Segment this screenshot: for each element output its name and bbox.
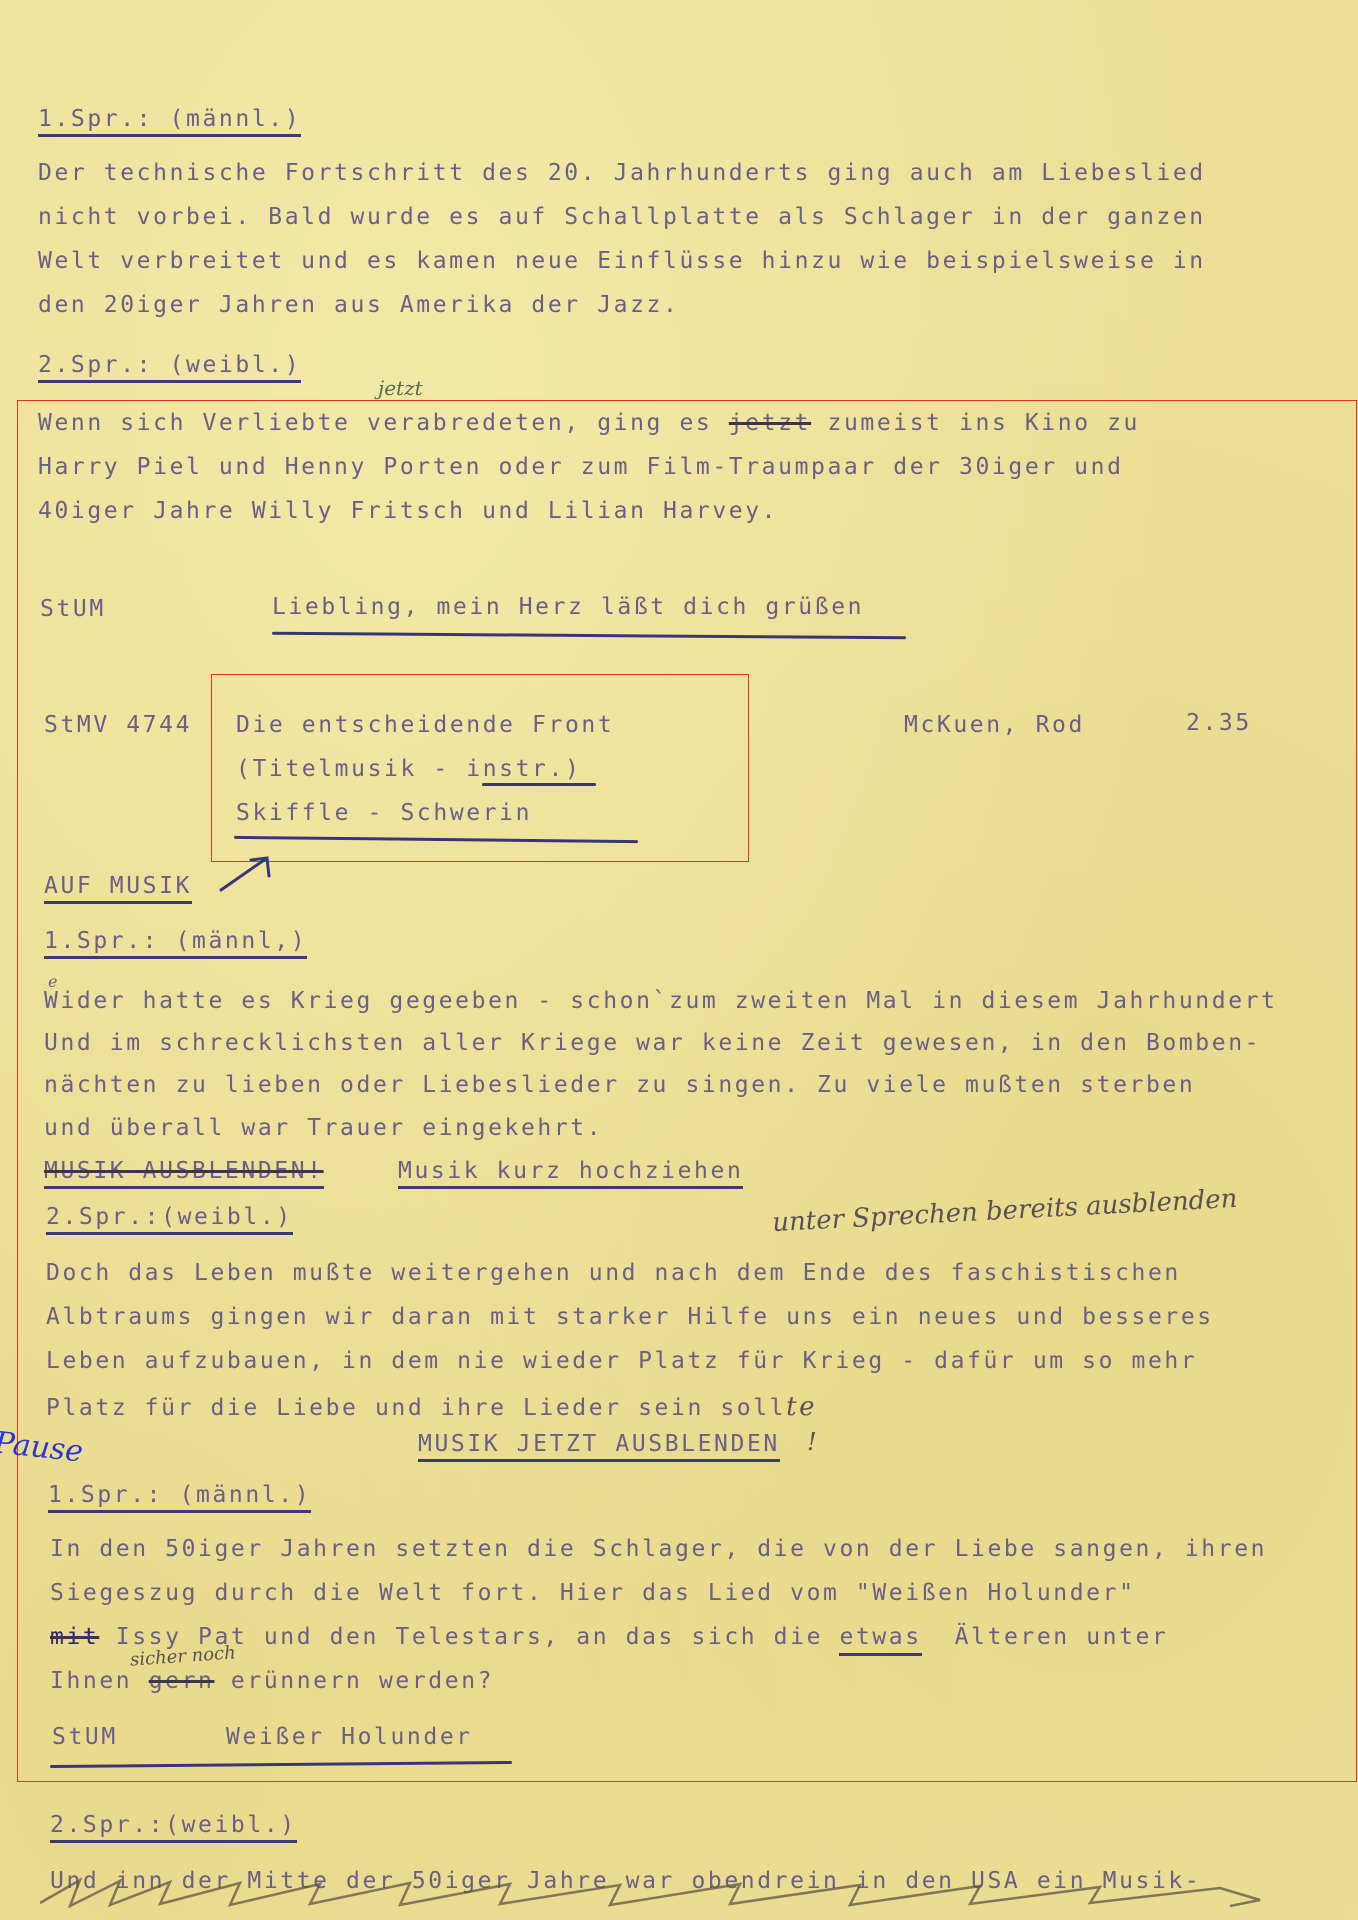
paragraph-line: Siegeszug durch die Welt fort. Hier das … bbox=[50, 1582, 1136, 1605]
speaker-label: 2.Spr.:(weibl.) bbox=[50, 1814, 297, 1843]
speaker-label: 2.Spr.:(weibl.) bbox=[46, 1206, 293, 1235]
track-code: StUM bbox=[52, 1726, 118, 1749]
struck-word: mit bbox=[50, 1624, 99, 1650]
paragraph-line: Albtraums gingen wir daran mit starker H… bbox=[46, 1306, 1214, 1329]
paragraph-line: den 20iger Jahren aus Amerika der Jazz. bbox=[38, 294, 679, 317]
paragraph-line: Platz für die Liebe und ihre Lieder sein… bbox=[46, 1394, 817, 1420]
speaker-label: 1.Spr.: (männl,) bbox=[44, 930, 307, 959]
paragraph-line: Harry Piel und Henny Porten oder zum Fil… bbox=[38, 456, 1124, 479]
track-title: Liebling, mein Herz läßt dich grüßen bbox=[272, 596, 864, 619]
struck-cue: MUSIK AUSBLENDEN! bbox=[44, 1160, 324, 1189]
paragraph-line: Und im schrecklichsten aller Kriege war … bbox=[44, 1032, 1261, 1055]
scribble-strikeout bbox=[40, 1878, 1280, 1908]
speaker-label: 2.Spr.: (weibl.) bbox=[38, 354, 301, 383]
pen-underline bbox=[482, 783, 596, 786]
paragraph-line: In den 50iger Jahren setzten die Schlage… bbox=[50, 1538, 1267, 1561]
track-artist: McKuen, Rod bbox=[904, 714, 1085, 737]
paragraph-line: nächten zu lieben oder Liebeslieder zu s… bbox=[44, 1074, 1195, 1097]
paragraph-line: und überall war Trauer eingekehrt. bbox=[44, 1117, 603, 1140]
paragraph-line: Welt verbreitet und es kamen neue Einflü… bbox=[38, 250, 1206, 273]
track-title-line: Skiffle - Schwerin bbox=[236, 802, 532, 825]
struck-word: jetzt bbox=[729, 410, 811, 436]
underlined-word: etwas bbox=[839, 1624, 921, 1656]
handwritten-insert: jetzt bbox=[378, 376, 423, 400]
speaker-label: 1.Spr.: (männl.) bbox=[38, 108, 301, 137]
speaker-label: 1.Spr.: (männl.) bbox=[48, 1484, 311, 1513]
paragraph-line: Wenn sich Verliebte verabredeten, ging e… bbox=[38, 412, 1140, 435]
arrow-icon bbox=[215, 850, 275, 895]
track-code: StMV 4744 bbox=[44, 714, 192, 737]
track-title: Weißer Holunder bbox=[226, 1726, 473, 1749]
track-code: StUM bbox=[40, 598, 106, 621]
paragraph-line: Doch das Leben mußte weitergehen und nac… bbox=[46, 1262, 1181, 1285]
paragraph-line: Wider hatte es Krieg gegeeben - schon`zu… bbox=[44, 990, 1278, 1013]
track-title-line: (Titelmusik - instr.) bbox=[236, 758, 581, 781]
struck-word: gern bbox=[149, 1668, 215, 1694]
paragraph-line: Der technische Fortschritt des 20. Jahrh… bbox=[38, 162, 1206, 185]
handwritten-insert: te bbox=[786, 1392, 817, 1422]
handwritten-mark: ! bbox=[807, 1428, 817, 1456]
track-title-line: Die entscheidende Front bbox=[236, 714, 614, 737]
paragraph-line: Ihnen gern erünnern werden? bbox=[50, 1670, 494, 1693]
paragraph-line: Leben aufzubauen, in dem nie wieder Plat… bbox=[46, 1350, 1197, 1373]
cue-label: Musik kurz hochziehen bbox=[398, 1160, 743, 1189]
track-duration: 2.35 bbox=[1186, 712, 1252, 735]
cue-label: AUF MUSIK bbox=[44, 875, 192, 904]
paragraph-line: nicht vorbei. Bald wurde es auf Schallpl… bbox=[38, 206, 1206, 229]
paragraph-line: 40iger Jahre Willy Fritsch und Lilian Ha… bbox=[38, 500, 778, 523]
cue-label: MUSIK JETZT AUSBLENDEN bbox=[418, 1433, 780, 1462]
